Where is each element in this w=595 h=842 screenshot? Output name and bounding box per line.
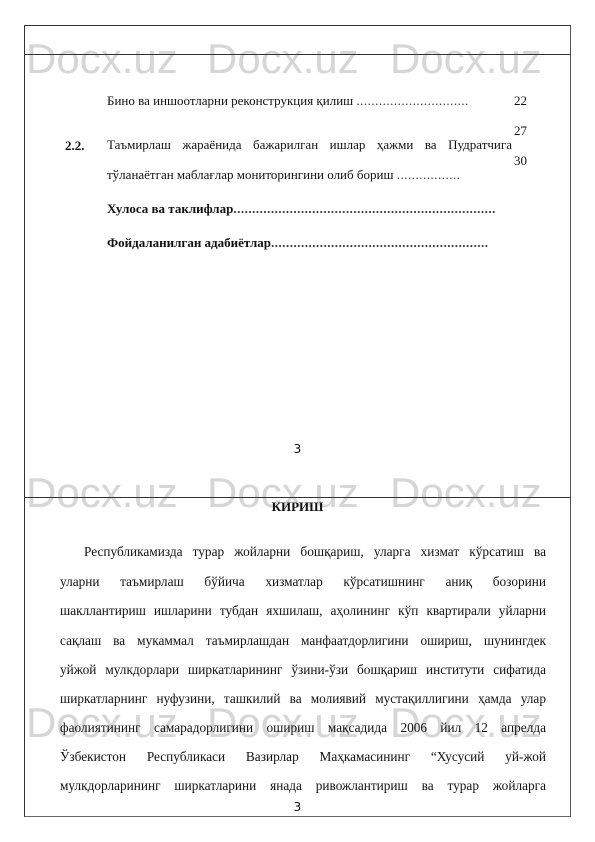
toc-entry[interactable]: Хулоса ва таклифлар.....................…: [107, 201, 496, 217]
toc-page-number: 22: [514, 93, 527, 109]
toc-entry-title: Бино ва иншоотларни реконструкция қилиш: [107, 93, 353, 108]
page-number: 3: [0, 442, 595, 456]
paragraph-line: сақлаш ва мукаммал таъмирлашдан манфаатд…: [60, 633, 546, 649]
paragraph-line: шакллантириш ишларини тубдан яхшилаш, аҳ…: [60, 603, 546, 619]
toc-leader-dots: ........................................…: [271, 235, 489, 250]
toc-entry[interactable]: Фойдаланилган адабиётлар................…: [107, 235, 488, 251]
toc-entry[interactable]: Таъмирлаш жараёнида бажарилган ишлар ҳаж…: [107, 137, 512, 153]
paragraph-line: уйжой мулкдорлари ширкатларининг ўзини-ў…: [60, 662, 546, 678]
toc-leader-dots: .................: [397, 167, 461, 182]
toc-entry-continuation: тўланаётган маблағлар мониторингини олиб…: [107, 167, 460, 183]
paragraph-line: мулкдорларининг ширкатларини янада ривож…: [60, 778, 546, 794]
toc-entry-title: тўланаётган маблағлар мониторингини олиб…: [107, 167, 393, 182]
page-divider-top: [24, 54, 571, 55]
paragraph-line: фаолиятининг самарадорлигини ошириш мақс…: [60, 720, 546, 736]
toc-entry[interactable]: Бино ва иншоотларни реконструкция қилиш …: [107, 93, 469, 109]
paragraph-line: ширкатларнинг нуфузини, ташкилий ва моли…: [60, 691, 546, 707]
toc-entry-title: Фойдаланилган адабиётлар: [107, 235, 271, 250]
page-number: 3: [0, 800, 595, 814]
section-heading: КИРИШ: [0, 499, 595, 515]
toc-page-number: 27: [514, 123, 527, 139]
toc-leader-dots: ........................................…: [233, 201, 496, 216]
paragraph-line: уларни таъмирлаш бўйича хизматлар кўрсат…: [60, 574, 546, 590]
toc-section-number: 2.2.: [65, 138, 85, 154]
paragraph-line: Республикамизда турар жойларни бошқариш,…: [84, 544, 546, 560]
toc-entry-title: Хулоса ва таклифлар: [107, 201, 233, 216]
toc-entry-title: Таъмирлаш жараёнида бажарилган ишлар ҳаж…: [107, 137, 512, 152]
toc-leader-dots: ..............................: [356, 93, 469, 108]
page-divider-middle: [24, 497, 571, 498]
paragraph-line: Ўзбекистон Республикаси Вазирлар Маҳкама…: [60, 749, 546, 765]
toc-page-number: 30: [514, 153, 527, 169]
